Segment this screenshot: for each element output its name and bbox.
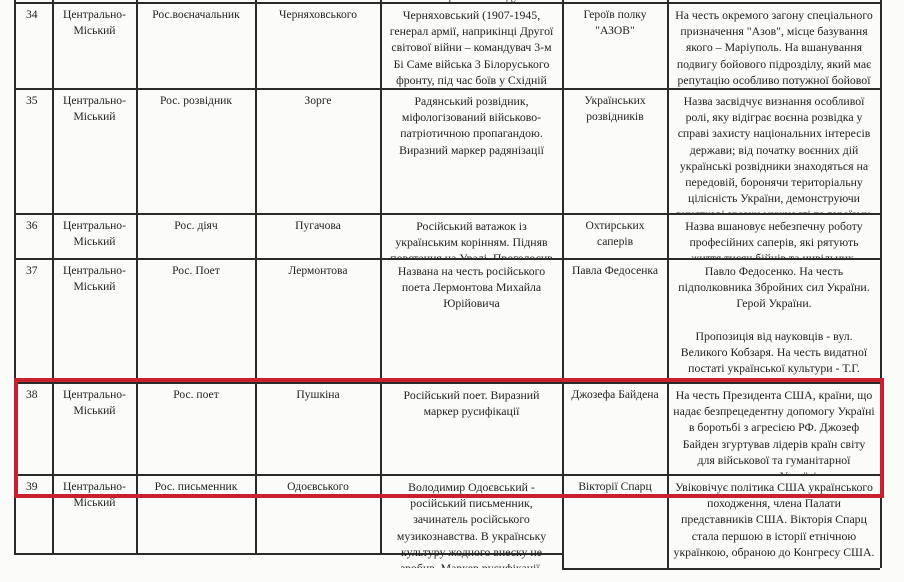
old-name-description: Радянський розвідник, міфологізований ві… bbox=[382, 91, 561, 213]
old-street-name: Лермонтова bbox=[257, 261, 379, 382]
category: Рос. Поет bbox=[138, 261, 254, 382]
district: Центрально- Міський bbox=[54, 5, 135, 88]
row-divider bbox=[14, 88, 880, 90]
new-name-description: Назва засвідчує визнання особливої ролі,… bbox=[669, 91, 879, 213]
row-divider bbox=[14, 213, 880, 215]
new-name-description: На честь окремого загону спеціального пр… bbox=[669, 5, 879, 88]
new-street-name: Охтирських саперів bbox=[564, 216, 666, 258]
row-number: 37 bbox=[16, 261, 51, 382]
highlight-frame-row-38 bbox=[14, 378, 884, 498]
new-name-description: Павло Федосенко. На честь підполковника … bbox=[669, 261, 879, 382]
district: Центрально- Міський bbox=[54, 261, 135, 382]
row-divider bbox=[14, 258, 880, 260]
district: Центрально- Міський bbox=[54, 216, 135, 258]
new-street-name: Героїв полку "АЗОВ" bbox=[564, 5, 666, 88]
old-street-name: Зорге bbox=[257, 91, 379, 213]
old-name-description: Російський ватажок із українським корінн… bbox=[382, 216, 561, 258]
old-name-description: Названа на честь російського поета Лермо… bbox=[382, 261, 561, 382]
row-number: 34 bbox=[16, 5, 51, 88]
old-street-name: Пугачова bbox=[257, 216, 379, 258]
old-street-name: Черняховського bbox=[257, 5, 379, 88]
document-table: 1941 – 1945 років командував 140 34Центр… bbox=[0, 0, 904, 582]
new-street-name: Павла Федосенка bbox=[564, 261, 666, 382]
old-name-description: Черняховський (1907-1945, генерал армії,… bbox=[382, 5, 561, 88]
new-street-name: Українських розвідників bbox=[564, 91, 666, 213]
row-number: 35 bbox=[16, 91, 51, 213]
category: Рос.воєначальник bbox=[138, 5, 254, 88]
row-divider bbox=[14, 2, 880, 4]
category: Рос. діяч bbox=[138, 216, 254, 258]
new-name-description: Назва вшановує небезпечну роботу професі… bbox=[669, 216, 879, 258]
category: Рос. розвідник bbox=[138, 91, 254, 213]
district: Центрально- Міський bbox=[54, 91, 135, 213]
row-divider bbox=[562, 568, 880, 570]
row-number: 36 bbox=[16, 216, 51, 258]
